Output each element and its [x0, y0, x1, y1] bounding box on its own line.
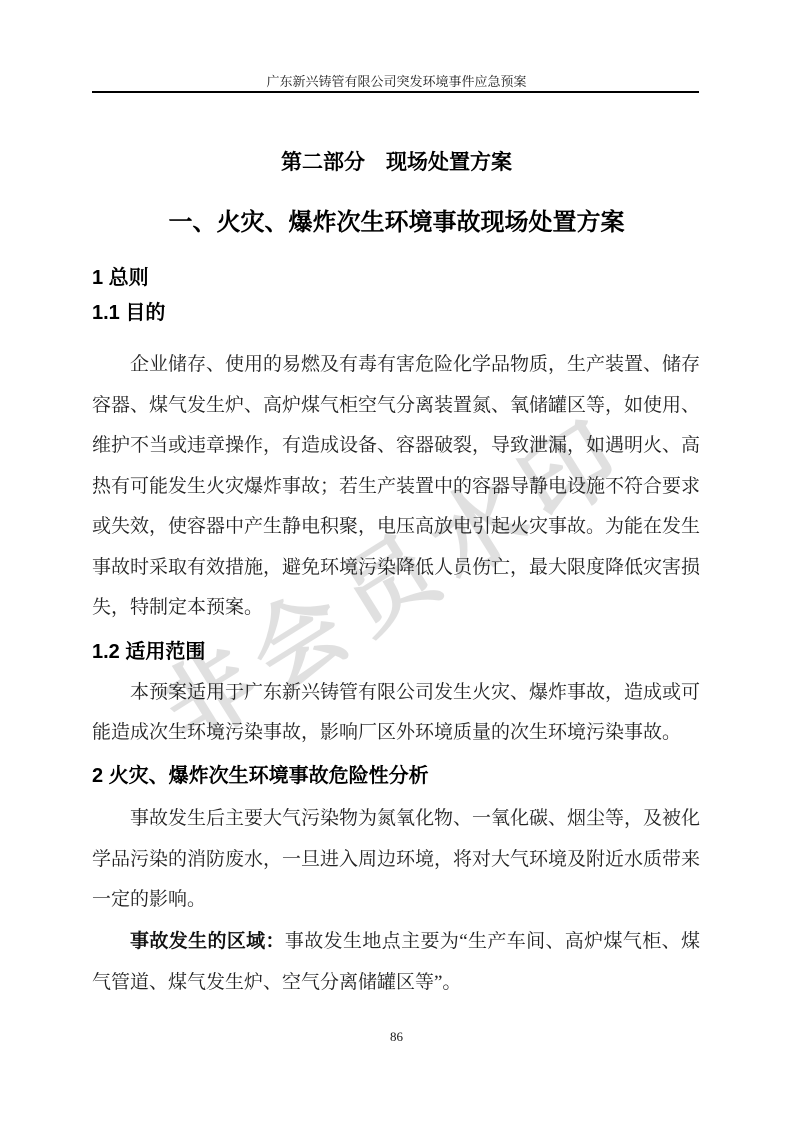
paragraph-scope: 本预案适用于广东新兴铸管有限公司发生火灾、爆炸事故，造成或可 能造成次生环境污染…	[92, 673, 700, 753]
paragraph-line: 失，特制定本预案。	[92, 588, 700, 629]
header-divider	[92, 91, 699, 93]
paragraph-accident-area: 事故发生的区域：事故发生地点主要为“生产车间、高炉煤气柜、煤 气管道、煤气发生炉…	[92, 921, 700, 1003]
paragraph-line: 维护不当或违章操作，有造成设备、容器破裂，导致泄漏，如遇明火、高	[92, 426, 700, 467]
document-page: 非会员水印 广东新兴铸管有限公司突发环境事件应急预案 第二部分 现场处置方案 一…	[0, 0, 793, 1122]
page-number: 86	[0, 1029, 793, 1045]
paragraph-line: 气管道、煤气发生炉、空气分离储罐区等”。	[92, 962, 700, 1003]
paragraph-line: 本预案适用于广东新兴铸管有限公司发生火灾、爆炸事故，造成或可	[92, 673, 700, 713]
paragraph-line: 或失效，使容器中产生静电积聚，电压高放电引起火灾事故。为能在发生	[92, 507, 700, 548]
accident-area-rest: 事故发生地点主要为“生产车间、高炉煤气柜、煤	[285, 931, 700, 952]
paragraph-line: 事故时采取有效措施，避免环境污染降低人员伤亡，最大限度降低灾害损	[92, 548, 700, 589]
accident-area-lead: 事故发生的区域：	[130, 931, 285, 952]
heading-1-2-scope: 1.2 适用范围	[92, 639, 205, 665]
part-title: 第二部分 现场处置方案	[0, 150, 793, 176]
paragraph-line: 热有可能发生火灾爆炸事故；若生产装置中的容器导静电设施不符合要求	[92, 467, 700, 508]
heading-1-1-purpose: 1.1 目的	[92, 300, 165, 326]
heading-2-risk-analysis: 2 火灾、爆炸次生环境事故危险性分析	[92, 763, 429, 789]
paragraph-line: 事故发生的区域：事故发生地点主要为“生产车间、高炉煤气柜、煤	[92, 921, 700, 962]
paragraph-risk-analysis: 事故发生后主要大气污染物为氮氧化物、一氧化碳、烟尘等，及被化 学品污染的消防废水…	[92, 799, 700, 921]
paragraph-line: 企业储存、使用的易燃及有毒有害危险化学品物质，生产装置、储存	[92, 345, 700, 386]
paragraph-purpose: 企业储存、使用的易燃及有毒有害危险化学品物质，生产装置、储存 容器、煤气发生炉、…	[92, 345, 700, 629]
header-title: 广东新兴铸管有限公司突发环境事件应急预案	[0, 74, 793, 90]
paragraph-line: 学品污染的消防废水，一旦进入周边环境，将对大气环境及附近水质带来	[92, 840, 700, 881]
heading-1-general: 1 总则	[92, 265, 149, 291]
paragraph-line: 一定的影响。	[92, 880, 700, 921]
section-title: 一、火灾、爆炸次生环境事故现场处置方案	[0, 206, 793, 240]
paragraph-line: 能造成次生环境污染事故，影响厂区外环境质量的次生环境污染事故。	[92, 713, 700, 753]
paragraph-line: 容器、煤气发生炉、高炉煤气柜空气分离装置氮、氧储罐区等，如使用、	[92, 386, 700, 427]
paragraph-line: 事故发生后主要大气污染物为氮氧化物、一氧化碳、烟尘等，及被化	[92, 799, 700, 840]
